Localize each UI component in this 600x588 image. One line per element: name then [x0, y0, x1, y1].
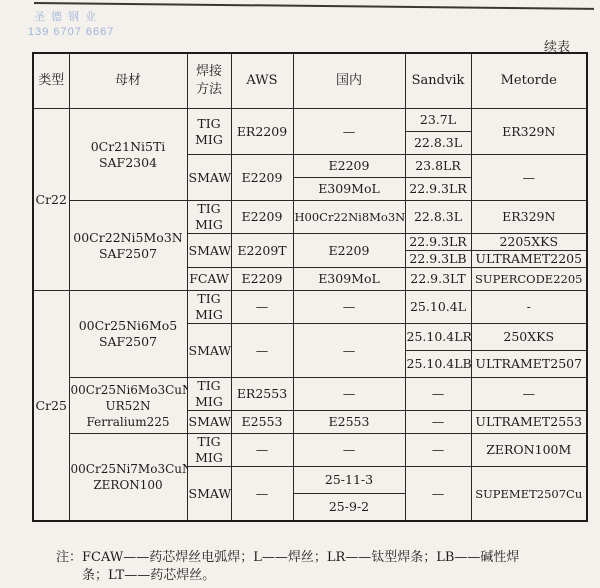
aws-cell: E2553: [231, 411, 293, 434]
page-top-rule: [34, 2, 594, 10]
domestic-cell: E309MoL: [293, 268, 405, 291]
domestic-cell: —: [293, 378, 405, 411]
method-cell: SMAW: [187, 411, 231, 434]
metorde-cell: —: [471, 155, 587, 201]
base-metal-cell: 00Cr25Ni7Mo3CuN ZERON100: [69, 434, 187, 522]
method-cell: TIGMIG: [187, 378, 231, 411]
aws-cell: ER2553: [231, 378, 293, 411]
watermark-phone: 139 6707 6667: [28, 25, 114, 40]
sandvik-cell: —: [405, 378, 471, 411]
domestic-cell: E2209: [293, 234, 405, 268]
aws-cell: —: [231, 467, 293, 522]
domestic-cell: 25-9-2: [293, 494, 405, 522]
base-metal-cell: 00Cr25Ni6Mo5 SAF2507: [69, 291, 187, 378]
table-footnote: 注：FCAW——药芯焊丝电弧焊；L——焊丝；LR——钛型焊条；LB——碱性焊 条…: [56, 549, 596, 585]
aws-cell: E2209: [231, 268, 293, 291]
header-method: 焊接方法: [187, 53, 231, 109]
method-cell: TIGMIG: [187, 434, 231, 467]
welding-materials-table: 类型 母材 焊接方法 AWS 国内 Sandvik Metorde Cr22 0…: [32, 52, 588, 522]
sandvik-cell: 25.10.4L: [405, 291, 471, 324]
header-sandvik: Sandvik: [405, 53, 471, 109]
table-header-row: 类型 母材 焊接方法 AWS 国内 Sandvik Metorde: [33, 53, 587, 109]
aws-cell: —: [231, 291, 293, 324]
method-cell: FCAW: [187, 268, 231, 291]
base-metal-cell: 00Cr25Ni6Mo3CuN UR52N Ferralium225: [69, 378, 187, 434]
metorde-cell: ER329N: [471, 201, 587, 234]
sandvik-cell: 22.9.3LR: [405, 234, 471, 251]
method-cell: TIGMIG: [187, 291, 231, 324]
header-metorde: Metorde: [471, 53, 587, 109]
metorde-cell: ULTRAMET2205: [471, 251, 587, 268]
metorde-cell: —: [471, 378, 587, 411]
base-metal-cell: 0Cr21Ni5Ti SAF2304: [69, 109, 187, 201]
method-cell: TIGMIG: [187, 201, 231, 234]
method-cell: TIGMIG: [187, 109, 231, 155]
domestic-cell: E2553: [293, 411, 405, 434]
domestic-cell: —: [293, 434, 405, 467]
sandvik-cell: 22.9.3LR: [405, 178, 471, 201]
metorde-cell: 2205XKS: [471, 234, 587, 251]
method-cell: SMAW: [187, 324, 231, 378]
sandvik-cell: 23.7L: [405, 109, 471, 132]
sandvik-cell: —: [405, 411, 471, 434]
domestic-cell: E309MoL: [293, 178, 405, 201]
domestic-cell: —: [293, 291, 405, 324]
sandvik-cell: 25.10.4LR: [405, 324, 471, 351]
header-type: 类型: [33, 53, 69, 109]
sandvik-cell: —: [405, 434, 471, 467]
domestic-cell: E2209: [293, 155, 405, 178]
method-cell: SMAW: [187, 155, 231, 201]
sandvik-cell: 22.9.3LB: [405, 251, 471, 268]
footnote-line-2: 条；LT——药芯焊丝。: [56, 567, 596, 585]
metorde-cell: SUPERCODE2205: [471, 268, 587, 291]
sandvik-cell: 25.10.4LB: [405, 351, 471, 378]
table-row: Cr22 0Cr21Ni5Ti SAF2304 TIGMIG ER2209 — …: [33, 109, 587, 132]
header-domestic: 国内: [293, 53, 405, 109]
method-cell: SMAW: [187, 234, 231, 268]
sandvik-cell: 23.8LR: [405, 155, 471, 178]
base-metal-cell: 00Cr22Ni5Mo3N SAF2507: [69, 201, 187, 291]
sandvik-cell: —: [405, 467, 471, 522]
metorde-cell: ZERON100M: [471, 434, 587, 467]
metorde-cell: ER329N: [471, 109, 587, 155]
domestic-cell: H00Cr22Ni8Mo3N: [293, 201, 405, 234]
metorde-cell: SUPEMET2507Cu: [471, 467, 587, 522]
header-aws: AWS: [231, 53, 293, 109]
method-cell: SMAW: [187, 467, 231, 522]
metorde-cell: -: [471, 291, 587, 324]
aws-cell: —: [231, 434, 293, 467]
watermark-name: 圣德钢业: [28, 10, 114, 25]
type-cell: Cr22: [33, 109, 69, 291]
domestic-cell: —: [293, 324, 405, 378]
watermark: 圣德钢业 139 6707 6667: [28, 10, 114, 40]
aws-cell: E2209T: [231, 234, 293, 268]
metorde-cell: 250XKS: [471, 324, 587, 351]
header-base-metal: 母材: [69, 53, 187, 109]
metorde-cell: ULTRAMET2553: [471, 411, 587, 434]
aws-cell: E2209: [231, 201, 293, 234]
aws-cell: ER2209: [231, 109, 293, 155]
metorde-cell: ULTRAMET2507: [471, 351, 587, 378]
type-cell: Cr25: [33, 291, 69, 522]
sandvik-cell: 22.8.3L: [405, 201, 471, 234]
aws-cell: —: [231, 324, 293, 378]
sandvik-cell: 22.8.3L: [405, 132, 471, 155]
domestic-cell: 25-11-3: [293, 467, 405, 494]
aws-cell: E2209: [231, 155, 293, 201]
footnote-line-1: 注：FCAW——药芯焊丝电弧焊；L——焊丝；LR——钛型焊条；LB——碱性焊: [56, 549, 596, 567]
domestic-cell: —: [293, 109, 405, 155]
sandvik-cell: 22.9.3LT: [405, 268, 471, 291]
